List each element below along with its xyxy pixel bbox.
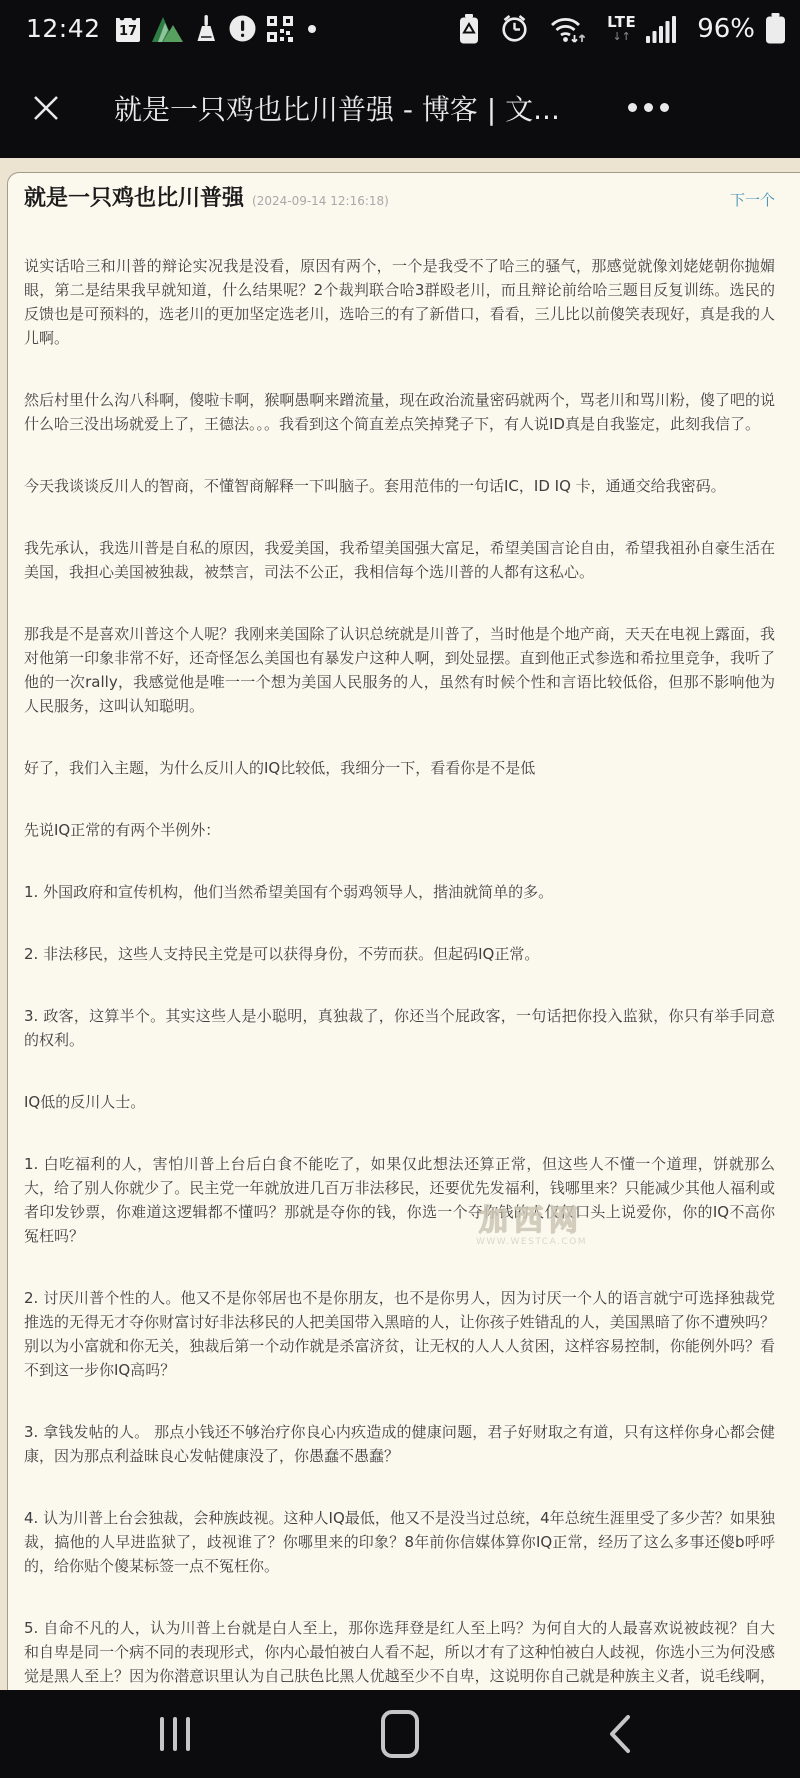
browser-bar: 就是一只鸡也比川普强 - 博客 | 文... [0, 57, 800, 158]
article-scroll-area[interactable]: 就是一只鸡也比川普强 (2024-09-14 12:16:18) 下一个 说实话… [7, 172, 800, 1690]
next-post-link[interactable]: 下一个 [730, 189, 775, 210]
article-paragraph: 1. 外国政府和宣传机构，他们当然希望美国有个弱鸡领导人，揩油就简单的多。 [24, 880, 775, 904]
broom-icon [194, 15, 218, 43]
article-header: 就是一只鸡也比川普强 (2024-09-14 12:16:18) 下一个 [24, 185, 775, 214]
lte-indicator: LTE ↓↑ [607, 15, 636, 42]
article-paragraph: 然后村里什么沟八科啊，傻啦卡啊，猴啊愚啊来蹭流量，现在政治流量密码就两个，骂老川… [24, 388, 775, 436]
status-right-cluster: LTE ↓↑ 96% [459, 13, 800, 44]
battery-icon [765, 13, 786, 44]
article-paragraph: 好了，我们入主题，为什么反川人的IQ比较低，我细分一下，看看你是不是低 [24, 756, 775, 780]
article-paragraph: 5. 自命不凡的人，认为川普上台就是白人至上，那你选拜登是红人至上吗？为何自大的… [24, 1616, 775, 1690]
back-button[interactable] [575, 1690, 665, 1778]
article-paragraph: 说实话哈三和川普的辩论实况我是没看，原因有两个，一个是我受不了哈三的骚气，那感觉… [24, 254, 775, 350]
article-paragraph: IQ低的反川人士。 [24, 1090, 775, 1114]
alarm-clock-icon [500, 14, 529, 43]
article-paragraph: 3. 政客，这算半个。其实这些人是小聪明，真独裁了，你还当个屁政客，一句话把你投… [24, 1004, 775, 1052]
article-title: 就是一只鸡也比川普强 [24, 185, 244, 214]
article-paragraph: 那我是不是喜欢川普这个人呢？我刚来美国除了认识总统就是川普了，当时他是个地产商，… [24, 622, 775, 718]
article-paragraph: 今天我谈谈反川人的智商，不懂智商解释一下叫脑子。套用范伟的一句话IC，ID IQ… [24, 474, 775, 498]
lte-arrows: ↓↑ [612, 31, 630, 42]
top-header: 12:42 17 [0, 0, 800, 158]
android-nav-bar [0, 1690, 800, 1778]
notification-dot [308, 25, 316, 33]
home-icon [381, 1710, 419, 1758]
overflow-menu-icon [628, 103, 637, 112]
calendar-icon: 17 [115, 15, 141, 42]
article-paragraph: 先说IQ正常的有两个半例外： [24, 818, 775, 842]
page-title: 就是一只鸡也比川普强 - 博客 | 文... [114, 88, 560, 128]
battery-saver-icon [459, 14, 479, 44]
mountains-app-icon [152, 16, 183, 42]
status-bar: 12:42 17 [0, 0, 800, 57]
article-body: 说实话哈三和川普的辩论实况我是没看，原因有两个，一个是我受不了哈三的骚气，那感觉… [24, 254, 775, 1690]
article-timestamp: (2024-09-14 12:16:18) [252, 194, 389, 208]
article-paragraph: 1. 白吃福利的人，害怕川普上台后白食不能吃了，如果仅此想法还算正常，但这些人不… [24, 1152, 775, 1248]
article-paragraph: 2. 讨厌川普个性的人。他又不是你邻居也不是你朋友，也不是你男人，因为讨厌一个人… [24, 1286, 775, 1382]
article-paragraph: 2. 非法移民，这些人支持民主党是可以获得身份，不劳而获。但起码IQ正常。 [24, 942, 775, 966]
overflow-menu-button[interactable] [628, 57, 669, 158]
qr-code-icon [267, 16, 293, 42]
article-paragraph: 我先承认，我选川普是自私的原因，我爱美国，我希望美国强大富足，希望美国言论自由，… [24, 536, 775, 584]
home-button[interactable] [355, 1690, 445, 1778]
alert-circle-icon [229, 15, 256, 42]
recents-icon [160, 1717, 164, 1751]
signal-strength-icon [646, 15, 676, 43]
svg-text:17: 17 [119, 24, 137, 39]
battery-percent: 96% [697, 14, 755, 44]
article-paragraph: 3. 拿钱发帖的人。 那点小钱还不够治疗你良心内疚造成的健康问题，君子好财取之有… [24, 1420, 775, 1468]
close-button[interactable] [30, 92, 62, 124]
clock-time: 12:42 [26, 14, 101, 43]
close-icon [30, 92, 62, 124]
back-icon [607, 1713, 633, 1755]
article-paragraph: 4. 认为川普上台会独裁，会种族歧视。这种人IQ最低，他又不是没当过总统，4年总… [24, 1506, 775, 1578]
recents-button[interactable] [130, 1690, 220, 1778]
wifi-icon [550, 14, 586, 44]
